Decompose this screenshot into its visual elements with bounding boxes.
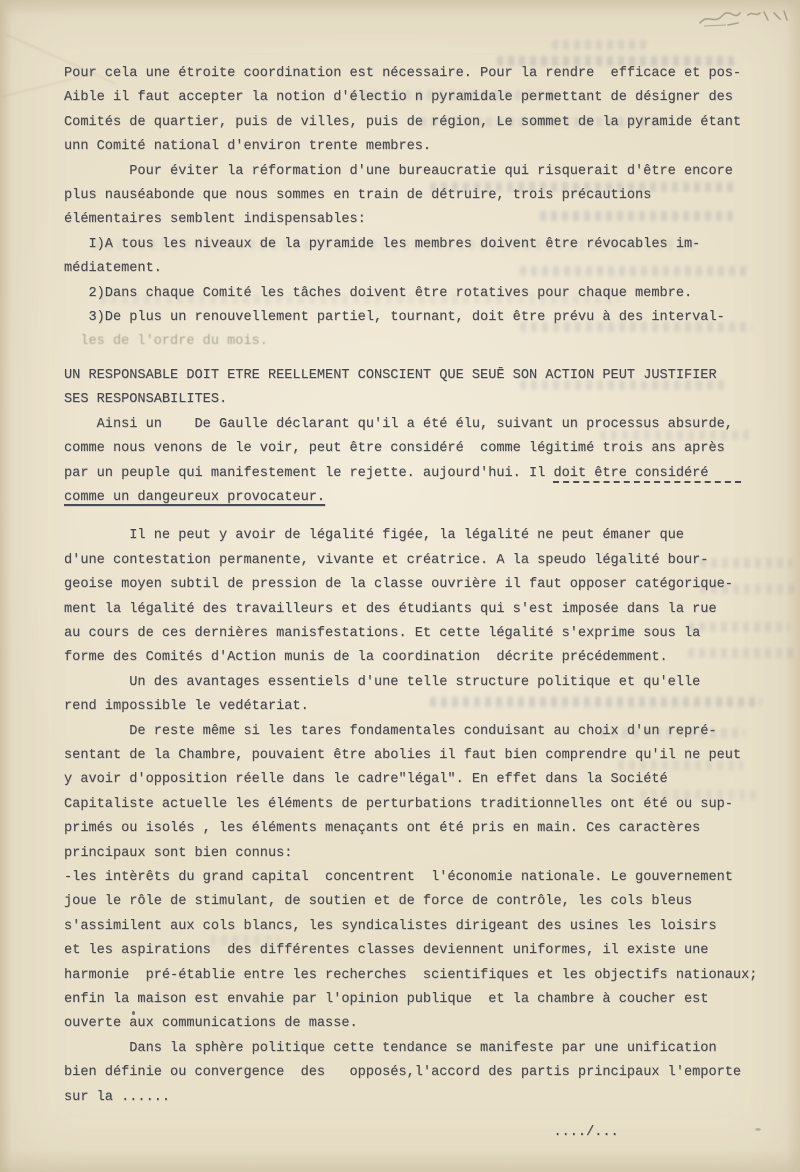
document-line: enfin la maison est envahie par l'opinio… — [64, 988, 764, 1012]
document-line: s'assimilent aux cols blancs, les syndic… — [64, 915, 764, 939]
document-line: les de l'ordre du mois. — [64, 330, 764, 354]
document-line: joue le rôle de stimulant, de soutien et… — [64, 890, 764, 914]
document-line: élémentaires semblent indispensables: — [64, 208, 764, 232]
document-line: par un peuple qui manifestement le rejet… — [64, 462, 764, 486]
document-line: Pour cela une étroite coordination est n… — [64, 62, 764, 86]
document-line: I)A tous les niveaux de la pyramide les … — [64, 233, 764, 257]
document-line: geoise moyen subtil de pression de la cl… — [64, 573, 764, 597]
document-line: 2)Dans chaque Comité les tâches doivent … — [64, 282, 764, 306]
document-line: comme un dangeureux provocateur. — [64, 486, 764, 510]
document-line: Ainsi un De Gaulle déclarant qu'il a été… — [64, 413, 764, 437]
document-body: Pour cela une étroite coordination est n… — [64, 62, 764, 1145]
document-line: De reste même si les tares fondamentales… — [64, 720, 764, 744]
document-line: forme des Comités d'Action munis de la c… — [64, 646, 764, 670]
underlined-text: doit être considéré — [553, 466, 741, 483]
document-line: médiatement. — [64, 257, 764, 281]
document-line: primés ou isolés , les éléments menaçant… — [64, 817, 764, 841]
document-line: et les aspirations des différentes class… — [64, 939, 764, 963]
document-line: ouverte aux communications de masse. — [64, 1012, 764, 1036]
document-line: rend impossible le vedétariat. — [64, 695, 764, 719]
document-line: Comités de quartier, puis de villes, pui… — [64, 111, 764, 135]
document-line: SES RESPONSABILITES. — [64, 388, 764, 412]
document-line: plus nauséabonde que nous sommes en trai… — [64, 184, 764, 208]
text-run: par un peuple qui manifestement le rejet… — [64, 466, 553, 481]
bleedthrough-mark — [552, 40, 647, 50]
document-line: comme nous venons de le voir, peut être … — [64, 437, 764, 461]
document-line: ..../... — [64, 1121, 764, 1145]
document-line: UN RESPONSABLE DOIT ETRE REELLEMENT CONS… — [64, 364, 764, 388]
document-line: bien définie ou convergence des opposés,… — [64, 1061, 764, 1085]
document-line: Capitaliste actuelle les éléments de per… — [64, 793, 764, 817]
document-line: Dans la sphère politique cette tendance … — [64, 1037, 764, 1061]
document-line: d'une contestation permanente, vivante e… — [64, 549, 764, 573]
document-line: y avoir d'opposition réelle dans le cadr… — [64, 768, 764, 792]
document-line: Un des avantages essentiels d'une telle … — [64, 671, 764, 695]
document-line: au cours de ces dernières manisfestation… — [64, 622, 764, 646]
document-line: Aible il faut accepter la notion d'élect… — [64, 86, 764, 110]
document-line: -les intèrêts du grand capital concentre… — [64, 866, 764, 890]
document-line: principaux sont bien connus: — [64, 842, 764, 866]
document-line: harmonie pré-établie entre les recherche… — [64, 964, 764, 988]
document-line: unn Comité national d'environ trente mem… — [64, 135, 764, 159]
pencil-scribble — [694, 3, 794, 33]
underlined-text: comme un dangeureux provocateur. — [64, 490, 325, 505]
document-line: Il ne peut y avoir de légalité figée, la… — [64, 524, 764, 548]
document-line: ment la légalité des travailleurs et des… — [64, 598, 764, 622]
document-line: 3)De plus un renouvellement partiel, tou… — [64, 306, 764, 330]
document-line: sentant de la Chambre, pouvaient être ab… — [64, 744, 764, 768]
document-line: Pour éviter la réformation d'une bureauc… — [64, 160, 764, 184]
document-line: sur la ...... — [64, 1086, 764, 1110]
